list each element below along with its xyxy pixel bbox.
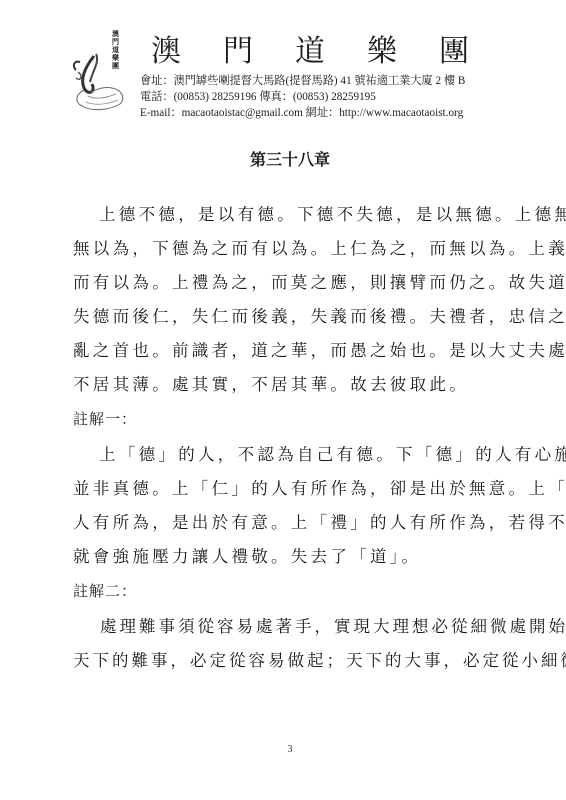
org-name-char: 澳 [150, 34, 182, 70]
phone-fax-line: 電話：(00853) 28259196 傳真：(00853) 28259195 [140, 89, 465, 105]
note2-line: 天下的難事，必定從容易做起；天下的大事，必定從小細微開始。 [73, 650, 513, 672]
note1-line: 就會強施壓力讓人禮敬。失去了「道」。 [73, 546, 513, 568]
organization-logo: 澳門道樂團 [66, 26, 132, 118]
page-number: 3 [0, 744, 566, 755]
scripture-line: 亂之首也。前識者，道之華，而愚之始也。是以大丈夫處其厚， [73, 340, 513, 362]
organization-name: 澳 門 道 樂 團 [150, 34, 470, 70]
chapter-title: 第三十八章 [0, 149, 566, 171]
note1-line: 上「德」的人，不認為自己有德。下「德」的人有心施德， [99, 444, 539, 466]
org-name-char: 團 [438, 34, 470, 70]
scripture-line: 不居其薄。處其實，不居其華。故去彼取此。 [73, 374, 513, 396]
scripture-line: 無以為，下德為之而有以為。上仁為之，而無以為。上義為之， [73, 238, 513, 260]
org-name-char: 樂 [366, 34, 398, 70]
dancer-ribbon-icon [66, 26, 132, 118]
note1-line: 人有所為，是出於有意。上「禮」的人有所作為，若得不到回應， [73, 512, 513, 534]
org-name-char: 門 [222, 34, 254, 70]
scripture-line: 而有以為。上禮為之，而莫之應，則攘臂而仍之。故失道而後德， [73, 272, 513, 294]
address-line: 會址：澳門罅些喇提督大馬路(提督馬路) 41 號祐適工業大廈 2 樓 B [140, 73, 465, 89]
note1-line: 並非真德。上「仁」的人有所作為，卻是出於無意。上「義」的 [73, 478, 513, 500]
logo-caption: 澳門道樂團 [112, 30, 122, 70]
scripture-line: 上德不德，是以有德。下德不失德，是以無德。上德無為而 [99, 204, 539, 226]
email-web-line: E-mail：macaotaoistac@gmail.com 網址：http:/… [140, 105, 465, 121]
note2-heading: 註解二： [73, 580, 137, 602]
org-name-char: 道 [294, 34, 326, 70]
contact-info: 會址：澳門罅些喇提督大馬路(提督馬路) 41 號祐適工業大廈 2 樓 B 電話：… [140, 73, 465, 121]
note1-heading: 註解一： [73, 408, 137, 430]
scripture-line: 失德而後仁，失仁而後義，失義而後禮。夫禮者，忠信之薄，而 [73, 306, 513, 328]
note2-line: 處理難事須從容易處著手，實現大理想必從細微處開始。 [100, 616, 540, 638]
